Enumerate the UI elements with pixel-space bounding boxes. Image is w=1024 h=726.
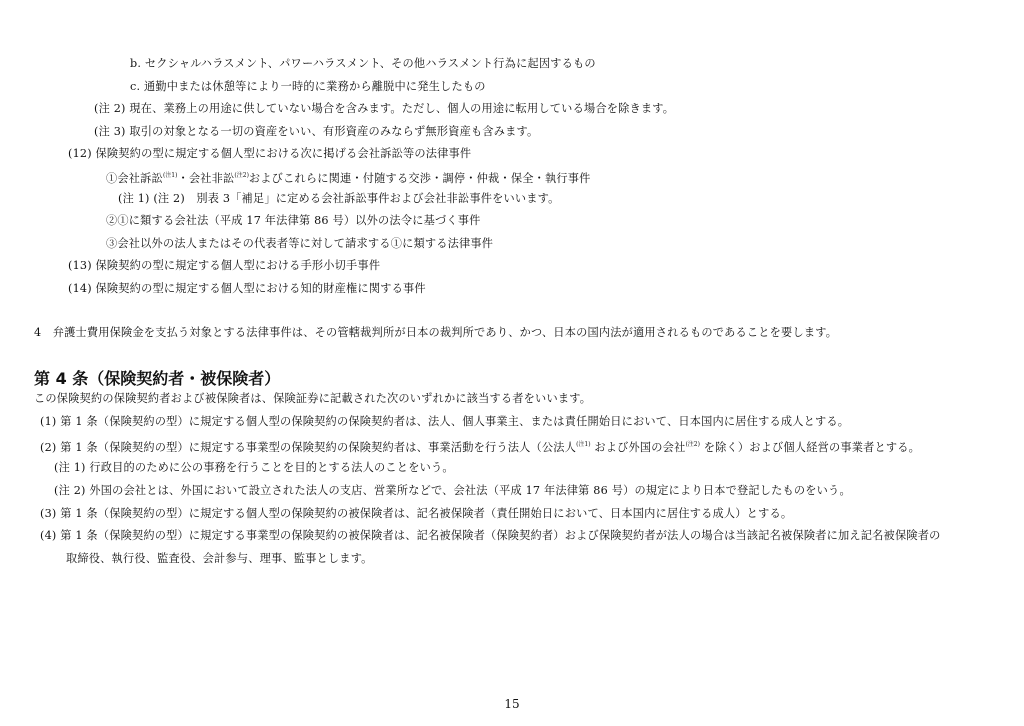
- article-4-item-4-continued: 取締役、執行役、監査役、会計参与、理事、監事とします。: [66, 552, 373, 566]
- clause-4: 4 弁護士費用保険金を支払う対象とする法律事件は、その管轄裁判所が日本の裁判所で…: [34, 326, 837, 340]
- article-4-item-2-text-a: (2) 第 1 条（保険契約の型）に規定する事業型の保険契約の保険契約者は、事業…: [40, 441, 576, 454]
- article-4-intro: この保険契約の保険契約者および被保険者は、保険証券に記載された次のいずれかに該当…: [34, 392, 591, 406]
- note-2: (注 2) 現在、業務上の用途に供していない場合を含みます。ただし、個人の用途に…: [94, 102, 674, 116]
- article-4-item-3: (3) 第 1 条（保険契約の型）に規定する個人型の保険契約の被保険者は、記名被…: [40, 507, 792, 521]
- footnote-ref-1: (注1): [576, 441, 591, 448]
- article-4-note-1: (注 1) 行政目的のために公の事務を行うことを目的とする法人のことをいう。: [54, 461, 454, 475]
- list-item-b: b. セクシャルハラスメント、パワーハラスメント、その他ハラスメント行為に起因す…: [130, 57, 596, 71]
- note-3: (注 3) 取引の対象となる一切の資産をいい、有形資産のみならず無形資産も含みま…: [94, 125, 538, 139]
- article-4-item-1: (1) 第 1 条（保険契約の型）に規定する個人型の保険契約の保険契約者は、法人…: [40, 415, 849, 429]
- list-item-c: c. 通勤中または休憩等により一時的に業務から離脱中に発生したもの: [130, 80, 486, 94]
- article-4-note-2: (注 2) 外国の会社とは、外国において設立された法人の支店、営業所などで、会社…: [54, 484, 851, 498]
- item-12-sub-1-text-c: およびこれらに関連・付随する交渉・調停・仲裁・保全・執行事件: [249, 172, 591, 185]
- item-12-sub-3: ③会社以外の法人またはその代表者等に対して請求する①に類する法律事件: [106, 237, 493, 251]
- footnote-ref-2: (注2): [234, 172, 249, 179]
- item-13: (13) 保険契約の型に規定する個人型における手形小切手事件: [68, 259, 380, 273]
- item-12: (12) 保険契約の型に規定する個人型における次に掲げる会社訴訟等の法律事件: [68, 147, 471, 161]
- item-12-sub-1-text-a: ①会社訴訟: [106, 172, 163, 185]
- item-12-note: (注 1) (注 2) 別表 3「補足」に定める会社訴訟事件および会社非訟事件を…: [118, 192, 560, 206]
- article-4-title: 第 4 条（保険契約者・被保険者）: [34, 369, 280, 389]
- item-14: (14) 保険契約の型に規定する個人型における知的財産権に関する事件: [68, 282, 426, 296]
- footnote-ref-1: (注1): [163, 172, 178, 179]
- article-4-item-2-text-c: を除く）および個人経営の事業者とする。: [700, 441, 920, 454]
- item-12-sub-1-text-b: ・会社非訟: [177, 172, 234, 185]
- footnote-ref-2: (注2): [685, 441, 700, 448]
- article-4-item-2: (2) 第 1 条（保険契約の型）に規定する事業型の保険契約の保険契約者は、事業…: [40, 438, 920, 455]
- item-12-sub-2: ②①に類する会社法（平成 17 年法律第 86 号）以外の法令に基づく事件: [106, 214, 481, 228]
- item-12-sub-1: ①会社訴訟(注1)・会社非訟(注2)およびこれらに関連・付随する交渉・調停・仲裁…: [106, 169, 591, 186]
- page-number: 15: [0, 697, 1024, 711]
- article-4-item-4: (4) 第 1 条（保険契約の型）に規定する事業型の保険契約の被保険者は、記名被…: [40, 529, 941, 543]
- article-4-item-2-text-b: および外国の会社: [591, 441, 686, 454]
